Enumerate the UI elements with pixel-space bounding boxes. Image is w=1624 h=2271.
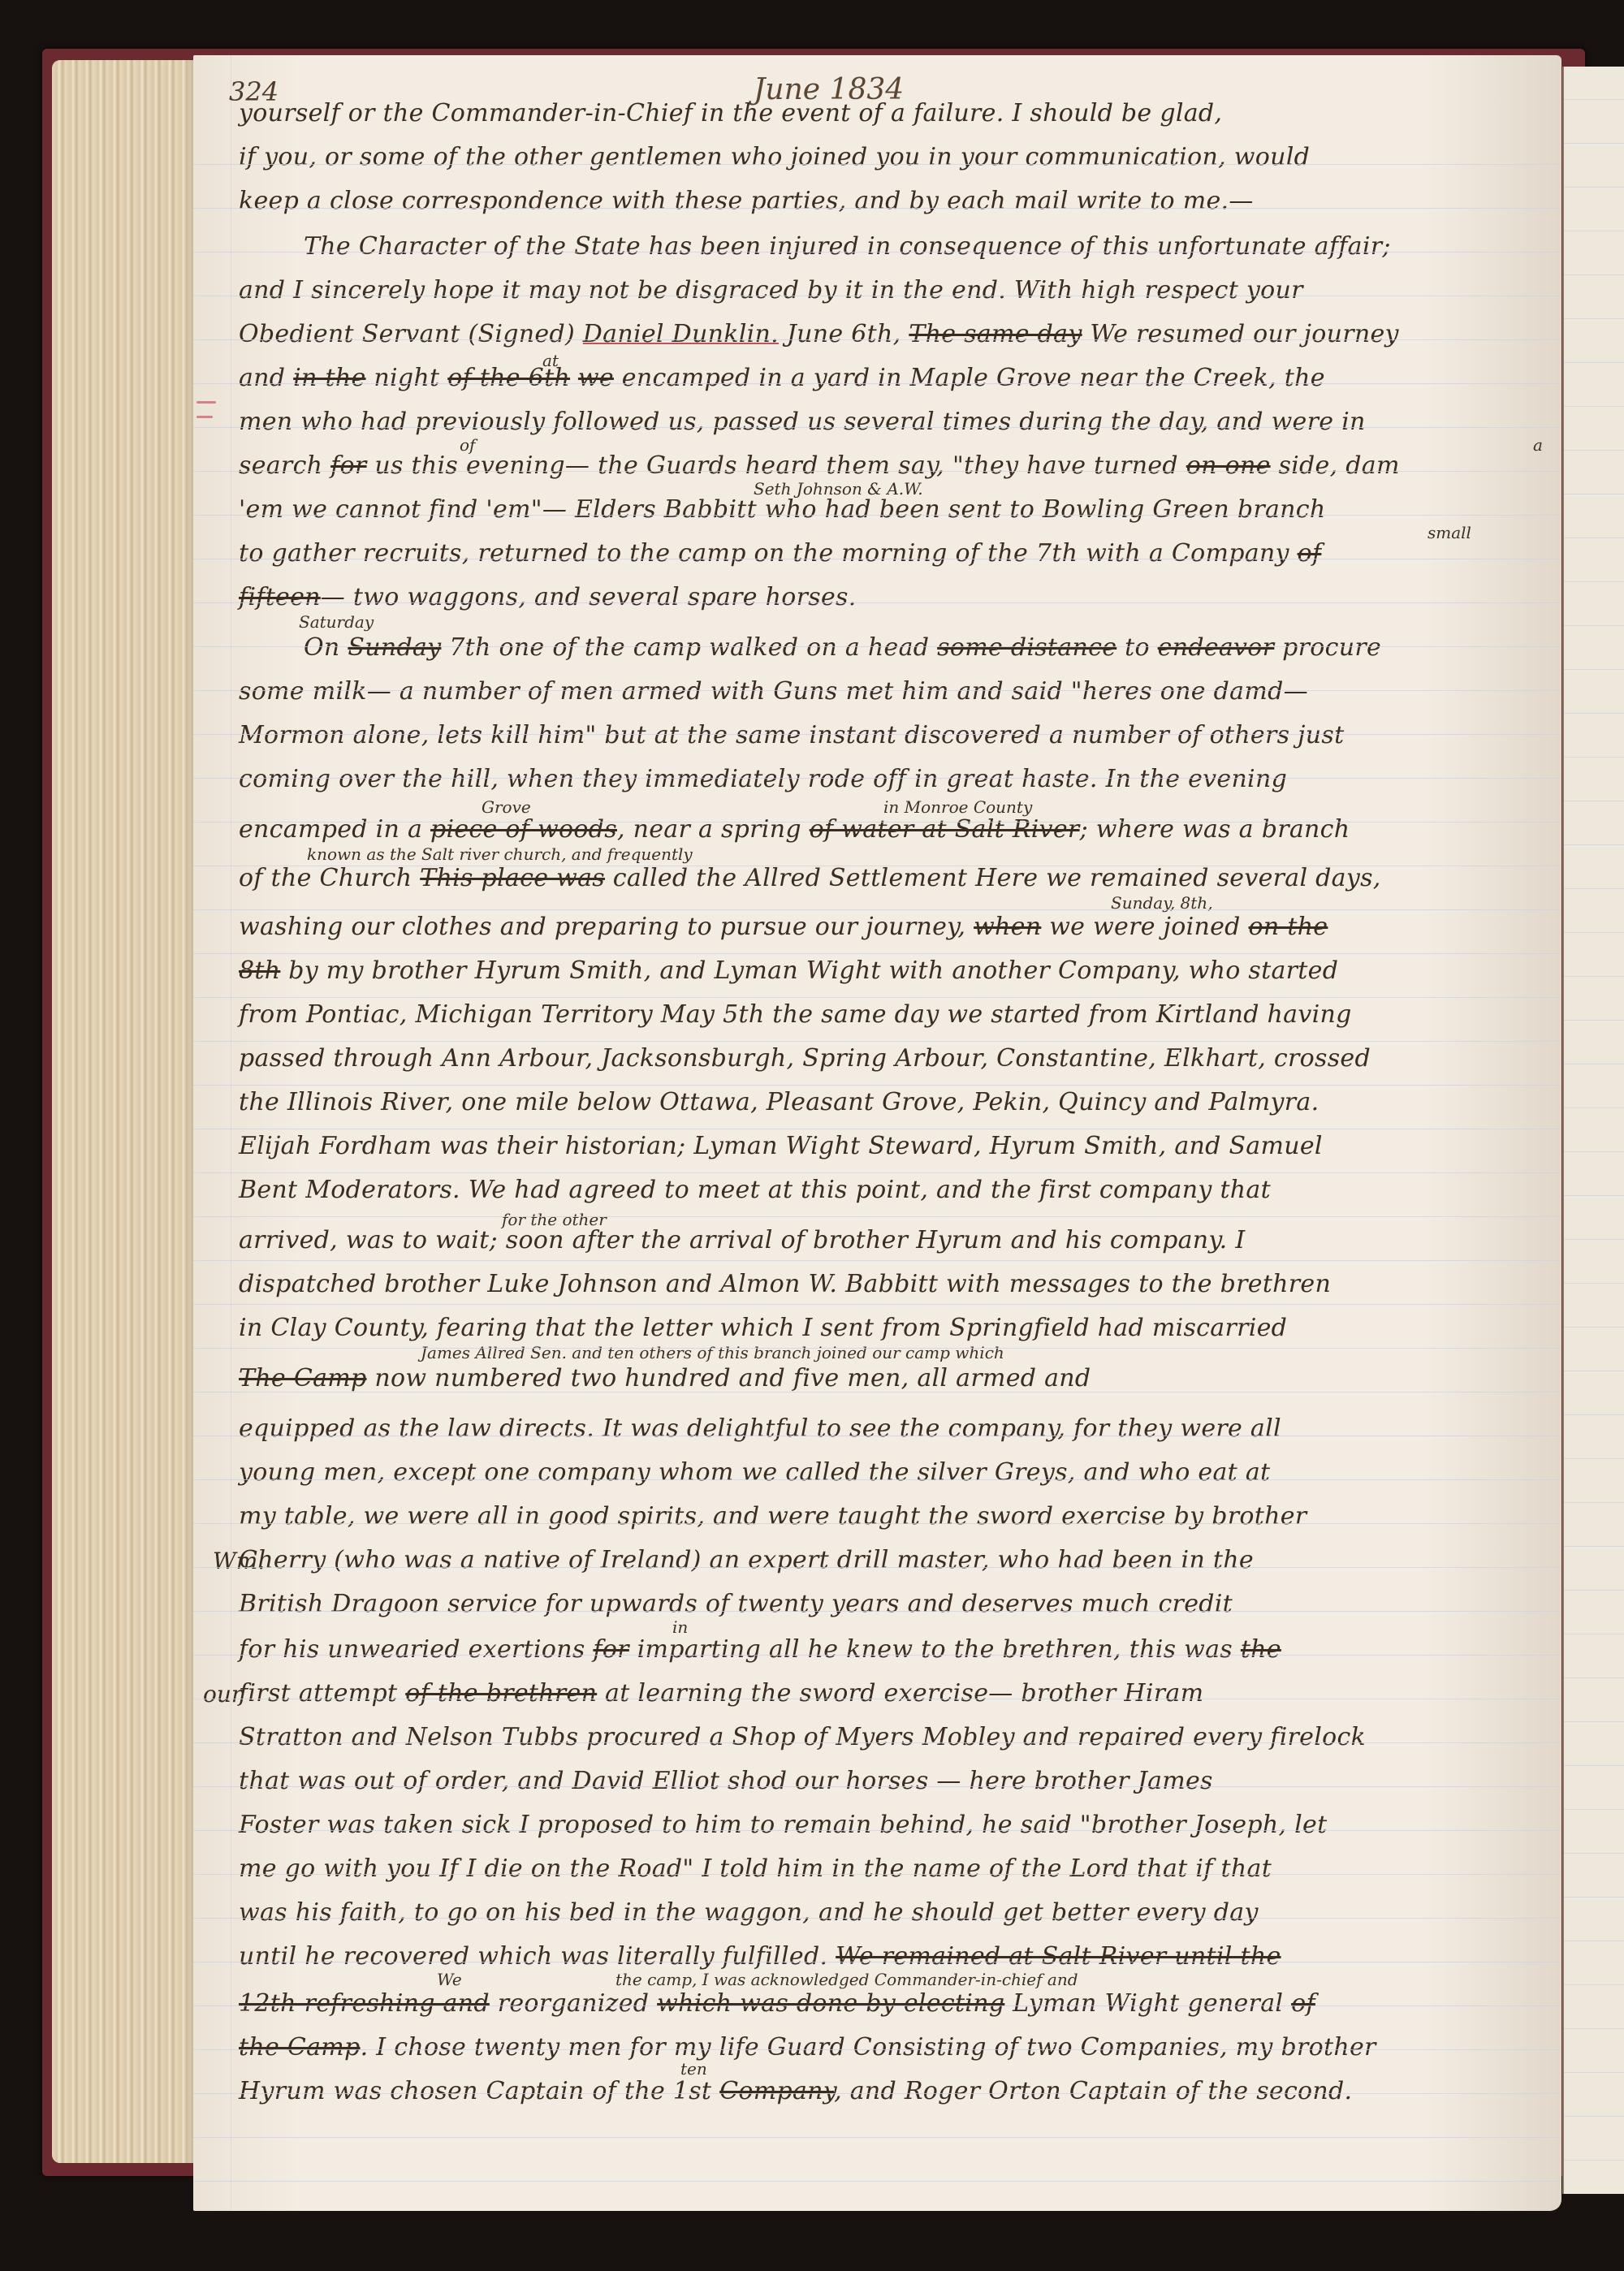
- ruled-line: [1564, 187, 1624, 188]
- ruled-line: [193, 2005, 1561, 2006]
- text-segment: search: [239, 451, 330, 480]
- text-segment: dispatched brother Luke Johnson and Almo…: [239, 1270, 1331, 1298]
- interlinear-insertion: a: [1533, 435, 1543, 455]
- interlinear-insertion: Grove: [482, 797, 531, 817]
- ruled-line: [1564, 757, 1624, 758]
- text-segment: to: [1116, 633, 1157, 662]
- ruled-line: [1564, 1677, 1624, 1678]
- interlinear-insertion: Seth Johnson & A.W.: [754, 479, 923, 499]
- struck-text: when: [974, 913, 1041, 941]
- ruled-line: [1564, 1765, 1624, 1766]
- text-segment: at learning the sword exercise— brother …: [597, 1679, 1203, 1708]
- ruled-line: [193, 778, 1561, 779]
- struck-text: Company: [719, 2077, 834, 2105]
- ruled-line: [1564, 1151, 1624, 1152]
- text-line: Cherry (who was a native of Ireland) an …: [239, 1543, 1513, 1578]
- text-segment: June 6th,: [779, 320, 909, 348]
- text-segment: of the Church: [239, 864, 420, 892]
- interlinear-insertion: in: [672, 1617, 688, 1637]
- ruled-line: [193, 953, 1561, 954]
- ruled-line: [1564, 1721, 1624, 1722]
- ruled-line: [193, 822, 1561, 822]
- ruled-line: [193, 1304, 1561, 1305]
- text-line: passed through Ann Arbour, Jacksonsburgh…: [239, 1041, 1513, 1077]
- ruled-line: [1564, 1502, 1624, 1503]
- ruled-line: [193, 2137, 1561, 2138]
- ruled-line: [193, 690, 1561, 691]
- margin-note: Wm.: [213, 1548, 265, 1574]
- ruled-line: [1564, 1283, 1624, 1284]
- text-line: fifteen— two waggons, and several spare …: [239, 580, 1513, 615]
- text-line: 12th refreshing and reorganized which wa…: [239, 1986, 1513, 2022]
- text-line: the Illinois River, one mile below Ottaw…: [239, 1085, 1513, 1120]
- ruled-line: [193, 1786, 1561, 1787]
- ruled-line: [193, 1392, 1561, 1392]
- struck-text: fifteen: [239, 583, 321, 611]
- ruled-line: [1564, 1853, 1624, 1854]
- ruled-line: [1564, 143, 1624, 144]
- text-segment: that was out of order, and David Elliot …: [239, 1767, 1213, 1795]
- ruled-line: [193, 602, 1561, 603]
- text-line: the Camp. I chose twenty men for my life…: [239, 2030, 1513, 2066]
- ruled-line: [193, 997, 1561, 998]
- ruled-line: [1564, 1107, 1624, 1108]
- text-line: if you, or some of the other gentlemen w…: [239, 140, 1513, 175]
- text-segment: washing our clothes and preparing to pur…: [239, 913, 974, 941]
- ruled-line: [1564, 450, 1624, 451]
- text-segment: by my brother Hyrum Smith, and Lyman Wig…: [280, 956, 1338, 985]
- text-line: for his unwearied exertions for impartin…: [239, 1632, 1513, 1668]
- text-segment: from Pontiac, Michigan Territory May 5th…: [239, 1000, 1352, 1029]
- interlinear-insertion: for the other: [502, 1210, 607, 1229]
- text-line: Hyrum was chosen Captain of the 1st Comp…: [239, 2074, 1513, 2109]
- manuscript-page: 324 June 1834 yourself or the Commander-…: [193, 55, 1561, 2211]
- struck-text: 8th: [239, 956, 280, 985]
- ruled-line: [1564, 625, 1624, 626]
- ruled-line: [193, 252, 1561, 253]
- ruled-line: [1564, 1195, 1624, 1196]
- text-line: Elijah Fordham was their historian; Lyma…: [239, 1129, 1513, 1164]
- text-line: from Pontiac, Michigan Territory May 5th…: [239, 997, 1513, 1033]
- ruled-line: [1564, 1809, 1624, 1810]
- struck-text: of: [1291, 1989, 1315, 2018]
- text-line: dispatched brother Luke Johnson and Almo…: [239, 1267, 1513, 1302]
- text-segment: called the Allred Settlement Here we rem…: [605, 864, 1381, 892]
- text-segment: coming over the hill, when they immediat…: [239, 765, 1287, 793]
- text-line: was his faith, to go on his bed in the w…: [239, 1895, 1513, 1931]
- text-segment: we were joined: [1041, 913, 1248, 941]
- margin-note: our: [203, 1681, 242, 1708]
- text-line: Mormon alone, lets kill him" but at the …: [239, 718, 1513, 753]
- struck-text: which was done by electing: [657, 1989, 1004, 2018]
- struck-text: The Camp: [239, 1364, 367, 1392]
- ruled-line: [1564, 2116, 1624, 2117]
- ruled-line: [1564, 1941, 1624, 1941]
- text-line: keep a close correspondence with these p…: [239, 183, 1513, 219]
- ruled-line: [193, 866, 1561, 866]
- stacked-page-edges: [52, 60, 198, 2163]
- text-segment: , and Roger Orton Captain of the second.: [834, 2077, 1352, 2105]
- text-line: Foster was taken sick I proposed to him …: [239, 1807, 1513, 1843]
- ruled-line: [193, 1830, 1561, 1831]
- ruled-line: [1564, 1020, 1624, 1021]
- ruled-line: [1564, 1064, 1624, 1064]
- text-line: to gather recruits, returned to the camp…: [239, 536, 1513, 572]
- ruled-line: [193, 734, 1561, 735]
- text-line: Bent Moderators. We had agreed to meet a…: [239, 1172, 1513, 1208]
- ruled-line: [193, 2181, 1561, 2182]
- ruled-line: [1564, 1984, 1624, 1985]
- text-line: that was out of order, and David Elliot …: [239, 1764, 1513, 1799]
- manuscript-text: yourself or the Commander-in-Chief in th…: [193, 55, 1561, 2211]
- interlinear-insertion: in Monroe County: [883, 797, 1032, 817]
- ruled-line: [1564, 99, 1624, 100]
- text-segment: keep a close correspondence with these p…: [239, 187, 1254, 215]
- ruled-line: [193, 2093, 1561, 2094]
- ruled-line: [1564, 1327, 1624, 1328]
- ruled-line: [193, 1874, 1561, 1875]
- ruled-line: [193, 646, 1561, 647]
- text-segment: Bent Moderators. We had agreed to meet a…: [239, 1176, 1271, 1204]
- ruled-line: [193, 427, 1561, 428]
- ruled-line: [1564, 1546, 1624, 1547]
- ruled-line: [1564, 2072, 1624, 2073]
- struck-text: the: [1241, 1635, 1281, 1664]
- struck-text: we: [578, 364, 614, 392]
- text-segment: Elijah Fordham was their historian; Lyma…: [239, 1132, 1323, 1160]
- text-segment: reorganized: [490, 1989, 657, 2018]
- interlinear-insertion: known as the Salt river church, and freq…: [307, 844, 693, 864]
- text-segment: imparting all he knew to the brethren, t…: [629, 1635, 1241, 1664]
- struck-text: of the brethren: [405, 1679, 597, 1708]
- text-segment: Cherry (who was a native of Ireland) an …: [239, 1546, 1254, 1574]
- ruled-line: [193, 208, 1561, 209]
- text-segment: men who had previously followed us, pass…: [239, 408, 1366, 436]
- struck-text: for: [330, 451, 366, 480]
- struck-text: We remained at Salt River until the: [836, 1942, 1281, 1971]
- ruled-line: [193, 1260, 1561, 1261]
- text-segment: equipped as the law directs. It was deli…: [239, 1414, 1281, 1443]
- interlinear-insertion: the camp, I was acknowledged Commander-i…: [615, 1970, 1078, 1989]
- text-segment: encamped in a yard in Maple Grove near t…: [614, 364, 1325, 392]
- text-line: washing our clothes and preparing to pur…: [239, 909, 1513, 945]
- struck-text: 12th refreshing and: [239, 1989, 490, 2018]
- text-line: 8th by my brother Hyrum Smith, and Lyman…: [239, 953, 1513, 989]
- struck-text: the Camp: [239, 2033, 361, 2062]
- ruled-line: [193, 1699, 1561, 1699]
- ruled-line: [1564, 362, 1624, 363]
- struck-text: This place was: [420, 864, 605, 892]
- text-segment: first attempt: [239, 1679, 405, 1708]
- text-segment: us this evening— the Guards heard them s…: [367, 451, 1186, 480]
- text-segment: — two waggons, and several spare horses.: [321, 583, 857, 611]
- text-line: Obedient Servant (Signed) Daniel Dunklin…: [239, 317, 1513, 352]
- ruled-line: [193, 339, 1561, 340]
- ruled-line: [1564, 713, 1624, 714]
- text-segment: was his faith, to go on his bed in the w…: [239, 1898, 1259, 1927]
- struck-text: of water at Salt River: [810, 815, 1080, 844]
- interlinear-insertion: of: [460, 435, 475, 455]
- text-line: The Character of the State has been inju…: [304, 229, 1513, 265]
- interlinear-insertion: We: [437, 1970, 462, 1989]
- signature-text: Daniel Dunklin.: [583, 320, 779, 348]
- text-segment: my table, we were all in good spirits, a…: [239, 1502, 1307, 1531]
- text-segment: young men, except one company whom we ca…: [239, 1458, 1270, 1487]
- ruled-line: [1564, 669, 1624, 670]
- ruled-line: [1564, 581, 1624, 582]
- ruled-line: [193, 2049, 1561, 2050]
- ruled-line: [1564, 976, 1624, 977]
- text-segment: and: [239, 364, 293, 392]
- text-segment: We resumed our journey: [1082, 320, 1399, 348]
- text-segment: arrived, was to wait; soon after the arr…: [239, 1226, 1245, 1254]
- interlinear-insertion: James Allred Sen. and ten others of this…: [421, 1343, 1004, 1362]
- ruled-line: [1564, 231, 1624, 231]
- struck-text: for: [593, 1635, 628, 1664]
- text-segment: , near a spring: [617, 815, 810, 844]
- ruled-line: [1564, 801, 1624, 801]
- text-segment: to gather recruits, returned to the camp…: [239, 539, 1298, 568]
- ruled-line: [193, 1918, 1561, 1919]
- ruled-line: [193, 1742, 1561, 1743]
- ruled-line: [193, 1041, 1561, 1042]
- ruled-line: [193, 1611, 1561, 1612]
- text-segment: until he recovered which was literally f…: [239, 1942, 836, 1971]
- text-segment: me go with you If I die on the Road" I t…: [239, 1854, 1272, 1883]
- ruled-line: [1564, 2160, 1624, 2161]
- struck-text: endeavor: [1158, 633, 1275, 662]
- ruled-line: [193, 1567, 1561, 1568]
- text-segment: Hyrum was chosen Captain of the 1st: [239, 2077, 719, 2105]
- text-segment: passed through Ann Arbour, Jacksonsburgh…: [239, 1044, 1371, 1073]
- ruled-line: [1564, 274, 1624, 275]
- struck-text: on the: [1249, 913, 1328, 941]
- text-segment: and I sincerely hope it may not be disgr…: [239, 276, 1303, 304]
- ruled-line: [1564, 1458, 1624, 1459]
- ruled-line: [193, 1129, 1561, 1129]
- text-line: coming over the hill, when they immediat…: [239, 762, 1513, 797]
- text-segment: yourself or the Commander-in-Chief in th…: [239, 99, 1222, 127]
- text-segment: [570, 364, 578, 392]
- text-line: some milk— a number of men armed with Gu…: [239, 674, 1513, 710]
- ruled-line: [193, 909, 1561, 910]
- ruled-line: [1564, 1414, 1624, 1415]
- text-line: On Sunday 7th one of the camp walked on …: [304, 630, 1513, 666]
- struck-text: on one: [1186, 451, 1271, 480]
- text-segment: procure: [1274, 633, 1381, 662]
- ruled-line: [193, 1216, 1561, 1217]
- ruled-line: [193, 383, 1561, 384]
- text-line: and I sincerely hope it may not be disgr…: [239, 273, 1513, 309]
- ruled-line: [193, 296, 1561, 296]
- ruled-line: [1564, 932, 1624, 933]
- text-segment: The Character of the State has been inju…: [304, 232, 1391, 261]
- text-segment: night: [366, 364, 448, 392]
- text-line: men who had previously followed us, pass…: [239, 404, 1513, 440]
- ruled-line: [1564, 2028, 1624, 2029]
- text-segment: now numbered two hundred and five men, a…: [367, 1364, 1091, 1392]
- text-segment: . I chose twenty men for my life Guard C…: [361, 2033, 1376, 2062]
- text-segment: Foster was taken sick I proposed to him …: [239, 1811, 1327, 1839]
- text-segment: side, dam: [1271, 451, 1400, 480]
- text-segment: some milk— a number of men armed with Gu…: [239, 677, 1308, 706]
- text-segment: if you, or some of the other gentlemen w…: [239, 143, 1310, 171]
- text-line: first attempt of the brethren at learnin…: [239, 1676, 1513, 1712]
- text-segment: British Dragoon service for upwards of t…: [239, 1590, 1233, 1618]
- interlinear-insertion: small: [1427, 523, 1471, 542]
- ruled-line: [1564, 494, 1624, 494]
- ruled-line: [1564, 844, 1624, 845]
- ruled-line: [193, 1436, 1561, 1436]
- ruled-line: [1564, 1634, 1624, 1634]
- text-line: Stratton and Nelson Tubbs procured a Sho…: [239, 1720, 1513, 1755]
- ruled-line: [193, 471, 1561, 472]
- ruled-line: [193, 515, 1561, 516]
- ruled-line: [193, 1523, 1561, 1524]
- struck-text: piece of woods: [430, 815, 617, 844]
- ruled-line: [193, 1655, 1561, 1656]
- text-segment: the Illinois River, one mile below Ottaw…: [239, 1088, 1319, 1116]
- text-segment: 7th one of the camp walked on a head: [441, 633, 937, 662]
- ruled-line: [193, 1348, 1561, 1349]
- text-line: in Clay County, fearing that the letter …: [239, 1310, 1513, 1346]
- ruled-line: [193, 1085, 1561, 1086]
- text-segment: Lyman Wight general: [1004, 1989, 1291, 2018]
- ruled-line: [1564, 1239, 1624, 1240]
- text-segment: Mormon alone, lets kill him" but at the …: [239, 721, 1344, 749]
- struck-text: of: [1298, 539, 1322, 568]
- ruled-line: [193, 1479, 1561, 1480]
- text-line: arrived, was to wait; soon after the arr…: [239, 1223, 1513, 1259]
- ruled-line: [1564, 1590, 1624, 1591]
- ruled-line: [1564, 538, 1624, 538]
- interlinear-insertion: Saturday: [299, 612, 374, 632]
- text-line: encamped in a piece of woods, near a spr…: [239, 812, 1513, 848]
- text-line: and in the night of the 6th we encamped …: [239, 361, 1513, 396]
- ruled-line: [1564, 406, 1624, 407]
- text-segment: in Clay County, fearing that the letter …: [239, 1314, 1287, 1342]
- struck-text: some distance: [937, 633, 1116, 662]
- text-line: yourself or the Commander-in-Chief in th…: [239, 96, 1513, 132]
- ruled-line: [1564, 1371, 1624, 1371]
- text-line: me go with you If I die on the Road" I t…: [239, 1851, 1513, 1887]
- facing-page-edge: [1562, 67, 1624, 2194]
- text-line: British Dragoon service for upwards of t…: [239, 1587, 1513, 1622]
- ruled-line: [1564, 318, 1624, 319]
- struck-text: The same day: [909, 320, 1082, 348]
- interlinear-insertion: ten: [680, 2059, 707, 2079]
- text-segment: On: [304, 633, 348, 662]
- ruled-line: [1564, 888, 1624, 889]
- interlinear-insertion: at: [542, 351, 559, 370]
- struck-text: Sunday: [348, 633, 441, 662]
- text-line: my table, we were all in good spirits, a…: [239, 1499, 1513, 1535]
- text-line: equipped as the law directs. It was deli…: [239, 1411, 1513, 1447]
- text-segment: 'em we cannot find 'em"— Elders Babbitt …: [239, 495, 1326, 524]
- ruled-line: [193, 559, 1561, 559]
- ruled-line: [193, 1962, 1561, 1962]
- text-segment: for his unwearied exertions: [239, 1635, 593, 1664]
- ruled-line: [193, 164, 1561, 165]
- text-segment: encamped in a: [239, 815, 430, 844]
- text-line: young men, except one company whom we ca…: [239, 1455, 1513, 1491]
- struck-text: in the: [293, 364, 365, 392]
- text-segment: Obedient Servant (Signed): [239, 320, 583, 348]
- ruled-line: [193, 1172, 1561, 1173]
- text-segment: Stratton and Nelson Tubbs procured a Sho…: [239, 1723, 1366, 1751]
- text-segment: ; where was a branch: [1080, 815, 1350, 844]
- ruled-line: [1564, 1897, 1624, 1898]
